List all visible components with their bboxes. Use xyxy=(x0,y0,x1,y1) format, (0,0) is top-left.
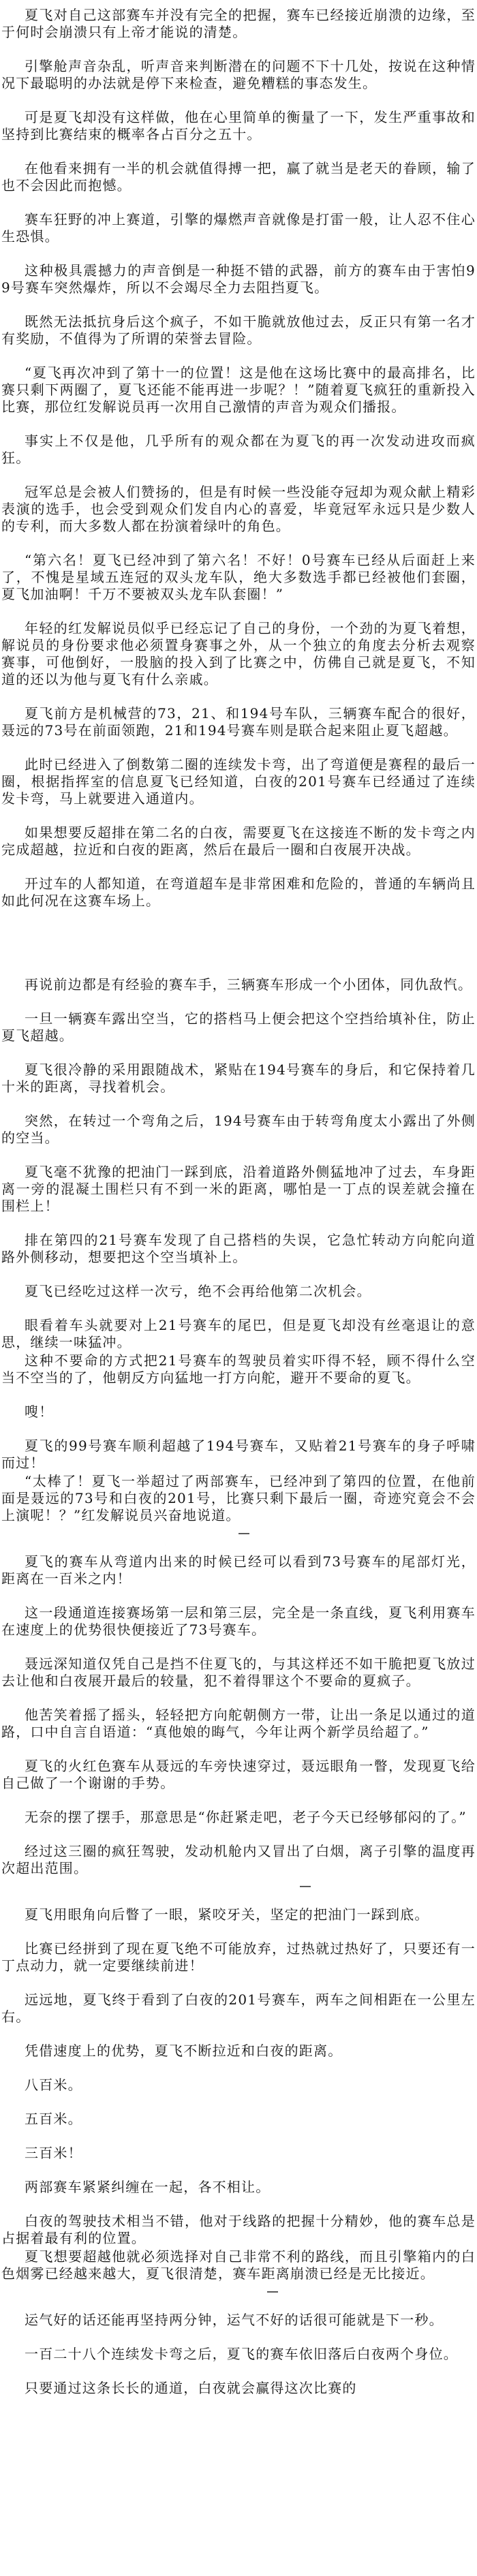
paragraph: 排在第四的21号赛车发现了自己搭档的失误，它急忙转动方向舵向道路外侧移动，想要把… xyxy=(1,1232,476,1266)
paragraph: 这种不要命的方式把21号赛车的驾驶员着实吓得不轻，顾不得什么空当不空当的了，他朝… xyxy=(1,1352,476,1386)
paragraph: 赛车狂野的冲上赛道，引擎的爆燃声音就像是打雷一般，让人忍不住心生恐惧。 xyxy=(1,211,476,245)
dash-mark-icon xyxy=(267,2291,278,2293)
paragraph: 运气好的话还能再坚持两分钟，运气不好的话很可能就是下一秒。 xyxy=(1,2312,476,2329)
paragraph: 凭借速度上的优势，夏飞不断拉近和白夜的距离。 xyxy=(1,2043,476,2060)
scene-break-dash xyxy=(1,2288,476,2295)
paragraph: 这种极具震撼力的声音倒是一种挺不错的武器，前方的赛车由于害怕99号赛车突然爆炸，… xyxy=(1,262,476,296)
paragraph: 突然，在转过一个弯角之后，194号赛车由于转弯角度太小露出了外侧的空当。 xyxy=(1,1113,476,1147)
paragraph: 冠军总是会被人们赞扬的，但是有时候一些没能夺冠却为观众献上精彩表演的选手，也会受… xyxy=(1,484,476,535)
paragraph: “第六名！夏飞已经冲到了第六名！不好！0号赛车已经从后面赶上来了，不愧是星域五连… xyxy=(1,552,476,603)
paragraph: 既然无法抵抗身后这个疯子，不如干脆就放他过去，反正只有第一名才有奖励，不值得为了… xyxy=(1,313,476,347)
dash-mark-icon xyxy=(238,1533,249,1534)
paragraph: 事实上不仅是他，几乎所有的观众都在为夏飞的再一次发动进攻而疯狂。 xyxy=(1,433,476,467)
paragraph: 远远地，夏飞终于看到了白夜的201号赛车，两车之间相距在一公里左右。 xyxy=(1,1991,476,2026)
paragraph: 他苦笑着摇了摇头，轻轻把方向舵朝侧方一带，让出一条足以通过的道路，口中自言自语道… xyxy=(1,1707,476,1741)
dash-mark-icon xyxy=(300,1886,311,1887)
paragraph: 无奈的摆了摆手，那意思是“你赶紧走吧，老子今天已经够郁闷的了。” xyxy=(1,1809,476,1826)
paragraph: 五百米。 xyxy=(1,2111,476,2128)
paragraph: 年轻的红发解说员似乎已经忘记了自己的身份，一个劲的为夏飞着想，解说员的身份要求他… xyxy=(1,620,476,688)
paragraph: 再说前边都是有经验的赛车手，三辆赛车形成一个小团体，同仇敌忾。 xyxy=(1,976,476,993)
paragraph: “夏飞再次冲到了第十一的位置！这是他在这场比赛中的最高排名，比赛只剩下两圈了，夏… xyxy=(1,364,476,416)
paragraph: 白夜的驾驶技术相当不错，他对于线路的把握十分精妙，他的赛车总是占据着最有利的位置… xyxy=(1,2213,476,2247)
paragraph: 眼看着车头就要对上21号赛车的尾巴，但是夏飞却没有丝毫退让的意思，继续一味猛冲。 xyxy=(1,1317,476,1351)
paragraph: 夏飞毫不犹豫的把油门一踩到底，沿着道路外侧猛地冲了过去，车身距离一旁的混凝土围栏… xyxy=(1,1164,476,1215)
paragraph: 可是夏飞却没有这样做，他在心里简单的衡量了一下，发生严重事故和坚持到比赛结束的概… xyxy=(1,109,476,143)
paragraph: 一百二十八个连续发卡弯之后，夏飞的赛车依旧落后白夜两个身位。 xyxy=(1,2346,476,2363)
paragraph: 如果想要反超排在第二名的白夜，需要夏飞在这接连不断的发卡弯之内完成超越，拉近和白… xyxy=(1,824,476,858)
paragraph: 这一段通道连接赛场第一层和第三层，完全是一条直线，夏飞利用赛车在速度上的优势很快… xyxy=(1,1604,476,1639)
paragraph: 夏飞的赛车从弯道内出来的时候已经可以看到73号赛车的尾部灯光，距离在一百米之内！ xyxy=(1,1553,476,1587)
paragraph: 夏飞前方是机械营的73，21、和194号车队，三辆赛车配合的很好，聂远的73号在… xyxy=(1,705,476,739)
paragraph: 引擎舱声音杂乱，听声音来判断潜在的问题不下十几处，按说在这种情况下最聪明的办法就… xyxy=(1,58,476,92)
paragraph: 在他看来拥有一半的机会就值得搏一把，赢了就当是老天的眷顾，输了也不会因此而抱憾。 xyxy=(1,160,476,194)
paragraph: 夏飞很冷静的采用跟随战术，紧贴在194号赛车的身后，和它保持着几十米的距离，寻找… xyxy=(1,1061,476,1096)
paragraph: 八百米。 xyxy=(1,2077,476,2094)
scene-break-dash xyxy=(1,1530,476,1536)
paragraph: 夏飞对自己这部赛车并没有完全的把握，赛车已经接近崩溃的边缘，至于何时会崩溃只有上… xyxy=(1,7,476,41)
paragraph: 两部赛车紧紧纠缠在一起，各不相让。 xyxy=(1,2179,476,2196)
paragraph: 夏飞已经吃过这样一次亏，绝不会再给他第二次机会。 xyxy=(1,1283,476,1300)
document-page: 夏飞对自己这部赛车并没有完全的把握，赛车已经接近崩溃的边缘，至于何时会崩溃只有上… xyxy=(0,0,477,2576)
paragraph: 夏飞的火红色赛车从聂远的车旁快速穿过，聂远眼角一瞥，发现夏飞给自己做了一个谢谢的… xyxy=(1,1758,476,1792)
paragraph: 夏飞的99号赛车顺利超越了194号赛车，又贴着21号赛车的身子呼啸而过！ xyxy=(1,1438,476,1472)
paragraph: 此时已经进入了倒数第二圈的连续发卡弯，出了弯道便是赛程的最后一圈，根据指挥室的信… xyxy=(1,756,476,807)
paragraph: 一旦一辆赛车露出空当，它的搭档马上便会把这个空挡给填补住，防止夏飞超越。 xyxy=(1,1010,476,1044)
paragraph: 夏飞想要超越他就必须选择对自己非常不利的路线，而且引擎箱内的白色烟雾已经越来越大… xyxy=(1,2248,476,2282)
paragraph: 比赛已经拼到了现在夏飞绝不可能放弃，过热就过热好了，只要还有一丁点动力，就一定要… xyxy=(1,1940,476,1974)
paragraph: 夏飞用眼角向后瞥了一眼，紧咬牙关，坚定的把油门一踩到底。 xyxy=(1,1906,476,1923)
scene-break-dash xyxy=(1,1882,476,1889)
paragraph: 经过这三圈的疯狂驾驶，发动机舱内又冒出了白烟，离子引擎的温度再次超出范围。 xyxy=(1,1843,476,1877)
paragraph: 嗖！ xyxy=(1,1403,476,1421)
paragraph: 聂远深知道仅凭自己是挡不住夏飞的，与其这样还不如干脆把夏飞放过去让他和白夜展开最… xyxy=(1,1656,476,1690)
paragraph: “太棒了！夏飞一举超过了两部赛车，已经冲到了第四的位置，在他前面是聂远的73号和… xyxy=(1,1473,476,1524)
paragraph: 三百米！ xyxy=(1,2145,476,2162)
paragraph: 开过车的人都知道，在弯道超车是非常困难和危险的，普通的车辆尚且如此何况在这赛车场… xyxy=(1,875,476,910)
paragraph: 只要通过这条长长的通道，白夜就会赢得这次比赛的 xyxy=(1,2380,476,2397)
